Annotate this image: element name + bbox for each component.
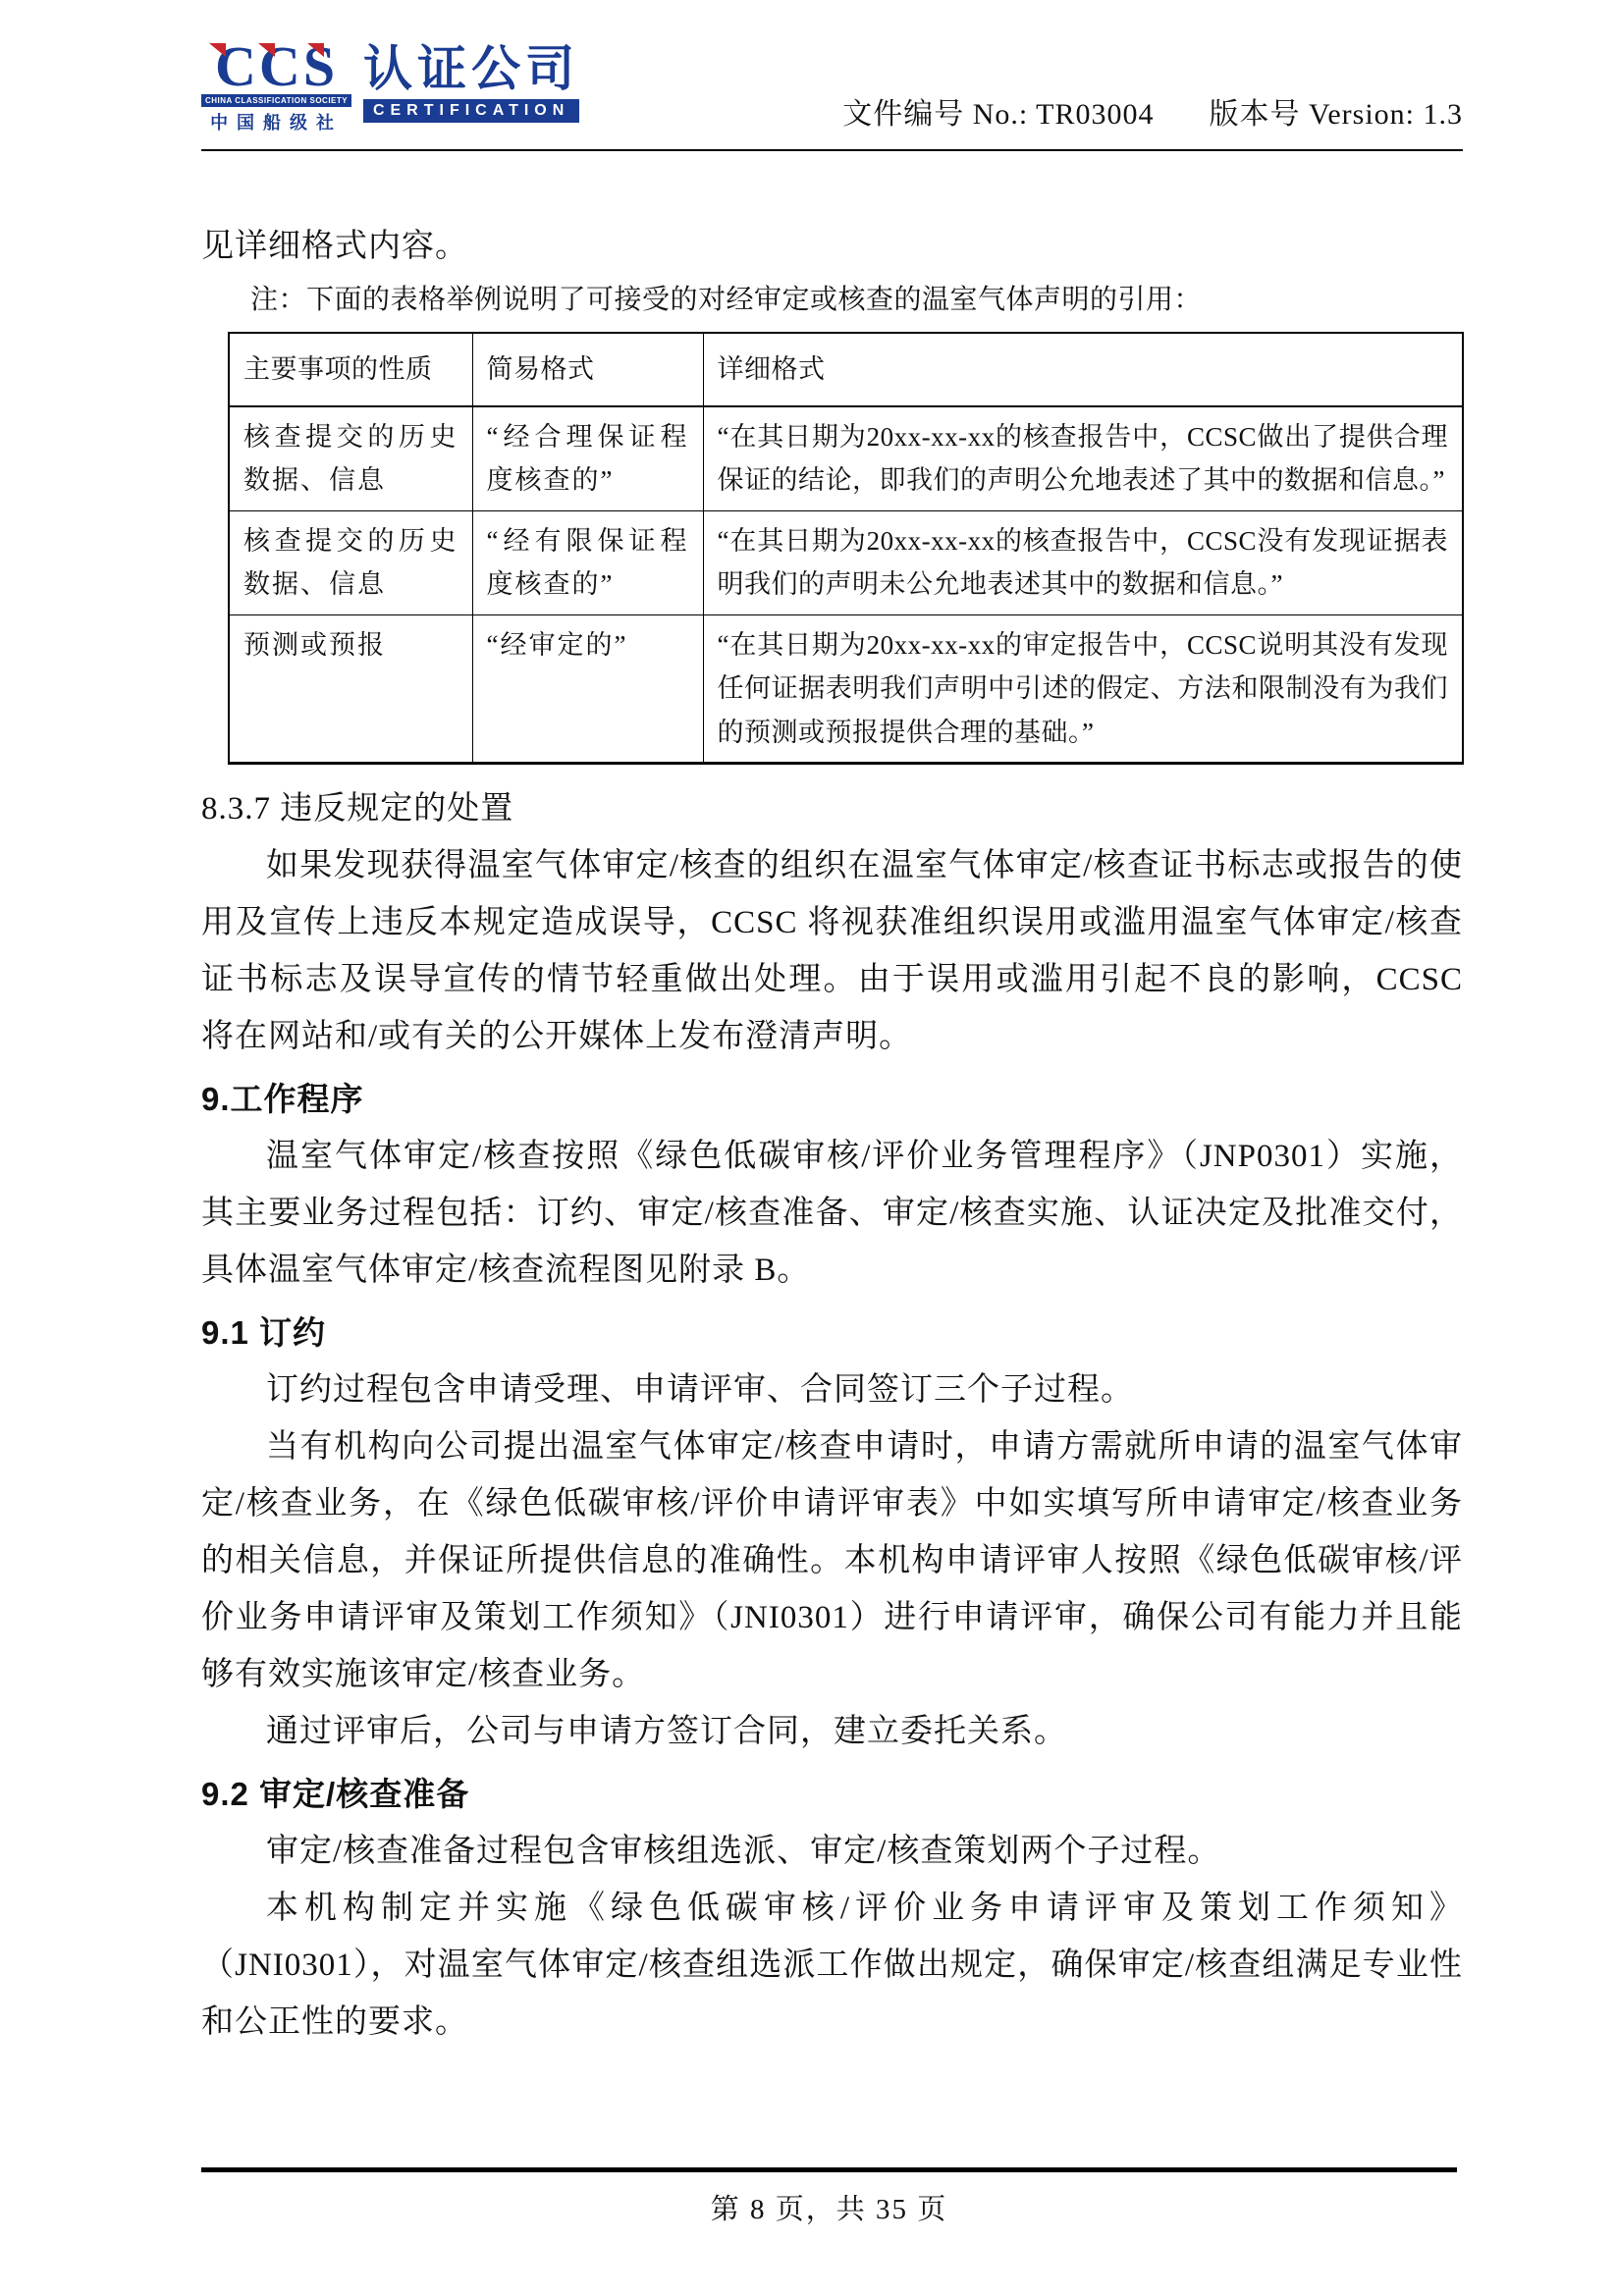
table-cell: 核查提交的历史数据、信息 [229, 510, 472, 614]
doc-version: 版本号 Version: 1.3 [1210, 98, 1464, 131]
table-header-cell: 主要事项的性质 [229, 333, 472, 406]
table-cell: “在其日期为20xx-xx-xx的核查报告中，CCSC没有发现证据表明我们的声明… [703, 510, 1463, 614]
ghg-statement-table: 主要事项的性质简易格式详细格式 核查提交的历史数据、信息“经合理保证程度核查的”… [228, 332, 1464, 765]
page-number: 第 8 页，共 35 页 [201, 2187, 1457, 2227]
body-paragraph: 温室气体审定/核查按照《绿色低碳审核/评价业务管理程序》（JNP0301）实施，… [201, 1128, 1463, 1299]
table-header-cell: 简易格式 [472, 333, 703, 406]
table-row: 预测或预报“经审定的”“在其日期为20xx-xx-xx的审定报告中，CCSC说明… [229, 614, 1463, 764]
section-heading: 8.3.7 违反规定的处置 [201, 780, 1463, 837]
section-heading: 9.工作程序 [201, 1071, 1463, 1128]
table-cell: “经审定的” [472, 614, 703, 764]
page-header: CCS CHINA CLASSIFICATION SOCIETY 中国船级社 认… [201, 41, 1463, 134]
table-cell: “经合理保证程度核查的” [472, 406, 703, 511]
intro-line: 见详细格式内容。 [201, 218, 1463, 275]
table-cell: “经有限保证程度核查的” [472, 510, 703, 614]
section-heading: 9.1 订约 [201, 1305, 1463, 1362]
document-meta: 文件编号 No.: TR03004版本号 Version: 1.3 [842, 89, 1463, 134]
body-paragraph: 当有机构向公司提出温室气体审定/核查申请时，申请方需就所申请的温室气体审定/核查… [201, 1418, 1463, 1703]
header-rule [201, 149, 1463, 151]
company-name-cn: 认证公司 [363, 41, 579, 96]
table-header-cell: 详细格式 [703, 333, 1463, 406]
section-heading: 9.2 审定/核查准备 [201, 1766, 1463, 1823]
document-body: 见详细格式内容。 注：下面的表格举例说明了可接受的对经审定或核查的温室气体声明的… [201, 218, 1463, 2051]
ccs-logo: CCS CHINA CLASSIFICATION SOCIETY 中国船级社 认… [201, 41, 579, 134]
body-paragraph: 通过评审后，公司与申请方签订合同，建立委托关系。 [201, 1703, 1463, 1760]
table-row: 核查提交的历史数据、信息“经合理保证程度核查的”“在其日期为20xx-xx-xx… [229, 406, 1463, 511]
table-cell: “在其日期为20xx-xx-xx的核查报告中，CCSC做出了提供合理保证的结论，… [703, 406, 1463, 511]
table-row: 核查提交的历史数据、信息“经有限保证程度核查的”“在其日期为20xx-xx-xx… [229, 510, 1463, 614]
ccs-logo-left: CCS CHINA CLASSIFICATION SOCIETY 中国船级社 [201, 41, 351, 134]
body-paragraph: 本机构制定并实施《绿色低碳审核/评价业务申请评审及策划工作须知》（JNI0301… [201, 1880, 1463, 2051]
doc-number: 文件编号 No.: TR03004 [842, 98, 1154, 131]
ccs-logo-right: 认证公司 CERTIFICATION [363, 41, 579, 123]
table-cell: “在其日期为20xx-xx-xx的审定报告中，CCSC说明其没有发现任何证据表明… [703, 614, 1463, 764]
certification-bar: CERTIFICATION [363, 99, 579, 123]
body-paragraph: 如果发现获得温室气体审定/核查的组织在温室气体审定/核查证书标志或报告的使用及宣… [201, 837, 1463, 1065]
sections-container: 8.3.7 违反规定的处置如果发现获得温室气体审定/核查的组织在温室气体审定/核… [201, 780, 1463, 2051]
body-paragraph: 订约过程包含申请受理、申请评审、合同签订三个子过程。 [201, 1362, 1463, 1418]
document-page: CCS CHINA CLASSIFICATION SOCIETY 中国船级社 认… [0, 0, 1616, 2296]
table-cell: 核查提交的历史数据、信息 [229, 406, 472, 511]
body-paragraph: 审定/核查准备过程包含审核组选派、审定/核查策划两个子过程。 [201, 1823, 1463, 1880]
table-header-row: 主要事项的性质简易格式详细格式 [229, 333, 1463, 406]
society-name-cn: 中国船级社 [210, 109, 343, 134]
table-cell: 预测或预报 [229, 614, 472, 764]
table-note: 注：下面的表格举例说明了可接受的对经审定或核查的温室气体声明的引用： [201, 277, 1463, 324]
footer-rule [201, 2167, 1457, 2172]
